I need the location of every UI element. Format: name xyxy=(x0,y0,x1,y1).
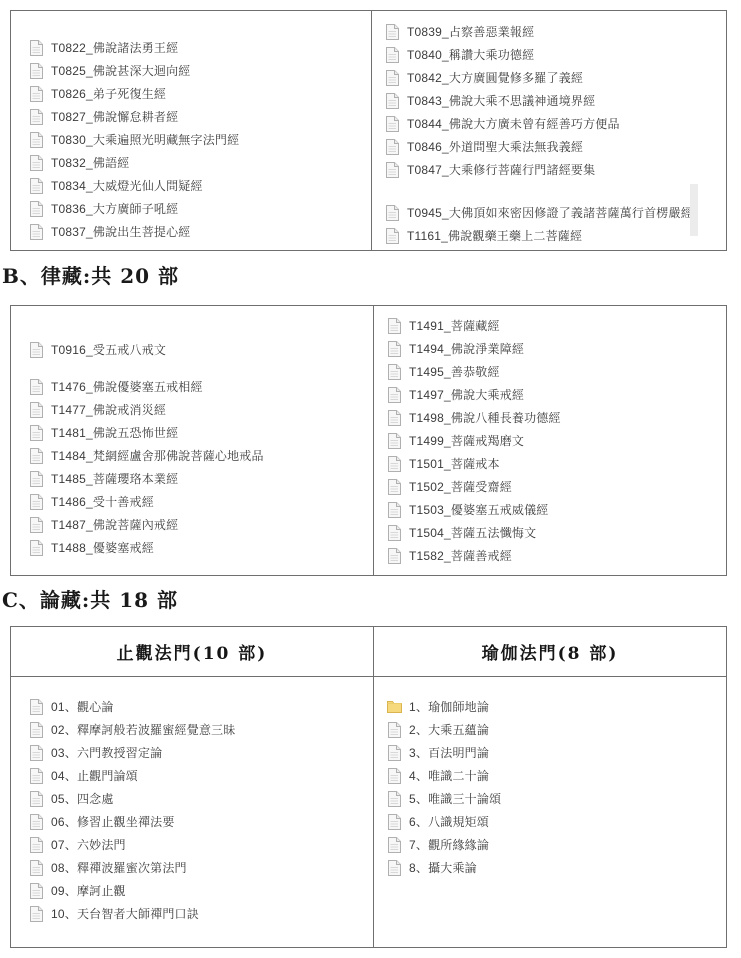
file-icon xyxy=(387,433,402,449)
list-item[interactable]: T1484_梵網經盧舍那佛說菩薩心地戒品 xyxy=(11,444,373,467)
list-item[interactable]: T1502_菩薩受齋經 xyxy=(374,475,726,498)
item-label: 8、攝大乘論 xyxy=(409,859,477,876)
file-icon xyxy=(29,860,44,876)
list-item[interactable]: 8、攝大乘論 xyxy=(374,856,726,879)
file-icon xyxy=(385,205,400,221)
scrollbar-thumb[interactable] xyxy=(690,184,698,236)
list-item[interactable]: 04、止觀門論頌 xyxy=(11,764,373,787)
list-item[interactable]: 4、唯識二十論 xyxy=(374,764,726,787)
item-label: T1501_菩薩戒本 xyxy=(409,455,500,472)
file-icon xyxy=(29,699,44,715)
list-item[interactable]: 06、修習止觀坐禪法要 xyxy=(11,810,373,833)
item-label: 07、六妙法門 xyxy=(51,836,126,853)
item-label: T0834_大威燈光仙人問疑經 xyxy=(51,177,203,194)
file-icon xyxy=(29,402,44,418)
item-label: T1486_受十善戒經 xyxy=(51,493,154,510)
item-label: T0842_大方廣圓覺修多羅了義經 xyxy=(407,69,583,86)
file-icon xyxy=(29,109,44,125)
item-label: T0840_稱讚大乘功德經 xyxy=(407,46,534,63)
list-item[interactable]: T1504_菩薩五法懺悔文 xyxy=(374,521,726,544)
item-label: T0846_外道問聖大乘法無我義經 xyxy=(407,138,583,155)
list-item[interactable]: T1582_菩薩善戒經 xyxy=(374,544,726,567)
item-label: T1494_佛說淨業障經 xyxy=(409,340,524,357)
item-label: 02、釋摩訶般若波羅蜜經覺意三昧 xyxy=(51,721,236,738)
item-label: T0832_佛語經 xyxy=(51,154,130,171)
item-label: 05、四念處 xyxy=(51,790,114,807)
list-item[interactable]: T0825_佛說甚深大迴向經 xyxy=(11,59,371,82)
file-icon xyxy=(387,525,402,541)
item-label: T0847_大乘修行菩薩行門諸經要集 xyxy=(407,161,595,178)
file-icon xyxy=(29,837,44,853)
item-label: T1491_菩薩藏經 xyxy=(409,317,500,334)
section-b-heading: B、律藏:共 20 部 xyxy=(2,260,179,289)
item-label: T0822_佛說諸法勇王經 xyxy=(51,39,178,56)
file-icon xyxy=(29,722,44,738)
item-label: 06、修習止觀坐禪法要 xyxy=(51,813,175,830)
item-label: T1487_佛說菩薩內戒經 xyxy=(51,516,178,533)
file-icon xyxy=(387,502,402,518)
file-icon xyxy=(385,139,400,155)
file-icon xyxy=(29,768,44,784)
item-label: 5、唯識三十論頌 xyxy=(409,790,501,807)
list-item[interactable]: T0830_大乘遍照光明藏無字法門經 xyxy=(11,128,371,151)
file-icon xyxy=(29,494,44,510)
file-icon xyxy=(387,745,402,761)
table3-right-column: 1、瑜伽師地論2、大乘五蘊論3、百法明門論4、唯識二十論5、唯識三十論頌6、八識… xyxy=(373,677,726,948)
item-label: 7、觀所緣緣論 xyxy=(409,836,489,853)
list-item[interactable]: T0843_佛說大乘不思議神通境界經 xyxy=(372,89,726,112)
file-icon xyxy=(29,132,44,148)
file-icon xyxy=(385,70,400,86)
item-label: T0945_大佛頂如來密因修證了義諸菩薩萬行首楞嚴經 xyxy=(407,204,693,221)
item-label: 3、百法明門論 xyxy=(409,744,489,761)
list-item[interactable]: T1476_佛說優婆塞五戒相經 xyxy=(11,375,373,398)
item-label: T1498_佛說八種長養功德經 xyxy=(409,409,561,426)
list-item[interactable]: 08、釋禪波羅蜜次第法門 xyxy=(11,856,373,879)
list-item[interactable]: T1494_佛說淨業障經 xyxy=(374,337,726,360)
file-icon xyxy=(29,448,44,464)
file-icon xyxy=(387,860,402,876)
item-label: T1497_佛說大乘戒經 xyxy=(409,386,524,403)
file-icon xyxy=(29,379,44,395)
file-icon xyxy=(385,228,400,244)
table-treatise-list: 止觀法門(10 部) 瑜伽法門(8 部) 01、觀心論02、釋摩訶般若波羅蜜經覺… xyxy=(10,626,727,948)
list-item[interactable]: T0837_佛說出生菩提心經 xyxy=(11,220,371,243)
item-label: 4、唯識二十論 xyxy=(409,767,489,784)
item-label: T0836_大方廣師子吼經 xyxy=(51,200,178,217)
list-item[interactable]: T1161_佛說觀藥王藥上二菩薩經 xyxy=(372,224,726,247)
file-icon xyxy=(387,814,402,830)
item-label: 10、天台智者大師禪門口訣 xyxy=(51,905,199,922)
file-icon xyxy=(387,364,402,380)
file-icon xyxy=(29,201,44,217)
list-item[interactable]: 05、四念處 xyxy=(11,787,373,810)
list-item[interactable]: 6、八識規矩頌 xyxy=(374,810,726,833)
file-icon xyxy=(385,162,400,178)
list-item[interactable]: T0827_佛說懈怠耕者經 xyxy=(11,105,371,128)
file-icon xyxy=(387,722,402,738)
file-icon xyxy=(29,155,44,171)
item-label: T1476_佛說優婆塞五戒相經 xyxy=(51,378,203,395)
list-item[interactable]: T0945_大佛頂如來密因修證了義諸菩薩萬行首楞嚴經 xyxy=(372,201,726,224)
list-item[interactable]: T0832_佛語經 xyxy=(11,151,371,174)
list-item[interactable]: 09、摩訶止觀 xyxy=(11,879,373,902)
table-vinaya-list: T0916_受五戒八戒文T1476_佛說優婆塞五戒相經T1477_佛說戒消災經T… xyxy=(10,305,727,576)
file-icon xyxy=(385,93,400,109)
list-item[interactable]: T0842_大方廣圓覺修多羅了義經 xyxy=(372,66,726,89)
list-item[interactable]: 07、六妙法門 xyxy=(11,833,373,856)
file-icon xyxy=(29,224,44,240)
item-label: T1485_菩薩瓔珞本業經 xyxy=(51,470,178,487)
table1-left-column: T0822_佛說諸法勇王經T0825_佛說甚深大迴向經T0826_弟子死復生經T… xyxy=(11,11,371,250)
list-item[interactable]: T1488_優婆塞戒經 xyxy=(11,536,373,559)
list-item[interactable]: 1、瑜伽師地論 xyxy=(374,695,726,718)
file-icon xyxy=(385,116,400,132)
item-label: 08、釋禪波羅蜜次第法門 xyxy=(51,859,187,876)
list-item[interactable]: T1503_優婆塞五戒威儀經 xyxy=(374,498,726,521)
file-icon xyxy=(387,318,402,334)
list-item[interactable]: 10、天台智者大師禪門口訣 xyxy=(11,902,373,925)
list-item[interactable]: 7、觀所緣緣論 xyxy=(374,833,726,856)
file-icon xyxy=(29,471,44,487)
item-label: T1495_善恭敬經 xyxy=(409,363,500,380)
table3-header-row: 止觀法門(10 部) 瑜伽法門(8 部) xyxy=(11,627,726,677)
item-label: 04、止觀門論頌 xyxy=(51,767,138,784)
file-icon xyxy=(29,178,44,194)
table-sutra-list: T0822_佛說諸法勇王經T0825_佛說甚深大迴向經T0826_弟子死復生經T… xyxy=(10,10,727,251)
file-icon xyxy=(385,47,400,63)
item-label: T0830_大乘遍照光明藏無字法門經 xyxy=(51,131,239,148)
item-label: 03、六門教授習定論 xyxy=(51,744,162,761)
file-icon xyxy=(29,745,44,761)
list-item[interactable]: T1491_菩薩藏經 xyxy=(374,314,726,337)
item-label: T0844_佛說大方廣未曾有經善巧方便品 xyxy=(407,115,620,132)
item-label: T0826_弟子死復生經 xyxy=(51,85,166,102)
file-icon xyxy=(385,24,400,40)
list-item[interactable]: T1485_菩薩瓔珞本業經 xyxy=(11,467,373,490)
list-item[interactable]: T0846_外道問聖大乘法無我義經 xyxy=(372,135,726,158)
file-icon xyxy=(29,540,44,556)
item-label: T0837_佛說出生菩提心經 xyxy=(51,223,191,240)
table2-right-column: T1491_菩薩藏經T1494_佛說淨業障經T1495_善恭敬經T1497_佛說… xyxy=(373,306,726,575)
list-item[interactable]: T1477_佛說戒消災經 xyxy=(11,398,373,421)
item-label: T1488_優婆塞戒經 xyxy=(51,539,154,556)
page: { "headings": { "section_b": "B、律藏:共 20 … xyxy=(0,0,741,958)
item-label: T1484_梵網經盧舍那佛說菩薩心地戒品 xyxy=(51,447,264,464)
list-item[interactable]: T1486_受十善戒經 xyxy=(11,490,373,513)
list-item[interactable]: 03、六門教授習定論 xyxy=(11,741,373,764)
section-c-heading: C、論藏:共 18 部 xyxy=(2,584,178,613)
file-icon xyxy=(387,837,402,853)
list-item[interactable]: T1499_菩薩戒羯磨文 xyxy=(374,429,726,452)
list-item[interactable]: 5、唯識三十論頌 xyxy=(374,787,726,810)
item-label: T1504_菩薩五法懺悔文 xyxy=(409,524,536,541)
item-label: T0843_佛說大乘不思議神通境界經 xyxy=(407,92,595,109)
file-icon xyxy=(29,342,44,358)
item-label: T1481_佛說五恐怖世經 xyxy=(51,424,178,441)
file-icon xyxy=(387,341,402,357)
list-item[interactable]: 2、大乘五蘊論 xyxy=(374,718,726,741)
file-icon xyxy=(29,40,44,56)
folder-icon xyxy=(387,700,402,713)
file-icon xyxy=(29,517,44,533)
item-label: T0839_占察善惡業報經 xyxy=(407,23,534,40)
file-icon xyxy=(29,791,44,807)
list-item[interactable]: T0836_大方廣師子吼經 xyxy=(11,197,371,220)
list-item[interactable]: 01、觀心論 xyxy=(11,695,373,718)
file-icon xyxy=(387,387,402,403)
list-item[interactable]: T0844_佛說大方廣未曾有經善巧方便品 xyxy=(372,112,726,135)
list-item[interactable]: T1487_佛說菩薩內戒經 xyxy=(11,513,373,536)
file-icon xyxy=(387,479,402,495)
file-icon xyxy=(387,410,402,426)
list-item[interactable]: T0840_稱讚大乘功德經 xyxy=(372,43,726,66)
table3-header-yuqie: 瑜伽法門(8 部) xyxy=(373,627,726,676)
file-icon xyxy=(29,814,44,830)
table2-left-column: T0916_受五戒八戒文T1476_佛說優婆塞五戒相經T1477_佛說戒消災經T… xyxy=(11,306,373,575)
item-label: T1161_佛說觀藥王藥上二菩薩經 xyxy=(407,227,582,244)
list-item[interactable]: T1495_善恭敬經 xyxy=(374,360,726,383)
list-item[interactable]: T0847_大乘修行菩薩行門諸經要集 xyxy=(372,158,726,181)
list-item[interactable]: T1498_佛說八種長養功德經 xyxy=(374,406,726,429)
item-label: T1499_菩薩戒羯磨文 xyxy=(409,432,524,449)
list-item[interactable]: T0839_占察善惡業報經 xyxy=(372,20,726,43)
table3-header-zhiguan: 止觀法門(10 部) xyxy=(11,627,373,676)
file-icon xyxy=(387,456,402,472)
list-item[interactable]: T1497_佛說大乘戒經 xyxy=(374,383,726,406)
file-icon xyxy=(29,883,44,899)
file-icon xyxy=(387,791,402,807)
table1-right-column: T0839_占察善惡業報經T0840_稱讚大乘功德經T0842_大方廣圓覺修多羅… xyxy=(371,11,726,250)
list-item[interactable]: T1501_菩薩戒本 xyxy=(374,452,726,475)
item-label: T0916_受五戒八戒文 xyxy=(51,341,166,358)
file-icon xyxy=(29,906,44,922)
item-label: 2、大乘五蘊論 xyxy=(409,721,489,738)
item-label: 6、八識規矩頌 xyxy=(409,813,489,830)
file-icon xyxy=(29,63,44,79)
list-item[interactable]: 02、釋摩訶般若波羅蜜經覺意三昧 xyxy=(11,718,373,741)
file-icon xyxy=(387,768,402,784)
item-label: T1503_優婆塞五戒威儀經 xyxy=(409,501,549,518)
list-item[interactable]: 3、百法明門論 xyxy=(374,741,726,764)
item-label: T1502_菩薩受齋經 xyxy=(409,478,512,495)
file-icon xyxy=(387,548,402,564)
file-icon xyxy=(29,425,44,441)
table3-left-column: 01、觀心論02、釋摩訶般若波羅蜜經覺意三昧03、六門教授習定論04、止觀門論頌… xyxy=(11,677,373,948)
item-label: T0827_佛說懈怠耕者經 xyxy=(51,108,178,125)
item-label: T0825_佛說甚深大迴向經 xyxy=(51,62,191,79)
item-label: T1477_佛說戒消災經 xyxy=(51,401,166,418)
item-label: 1、瑜伽師地論 xyxy=(409,698,489,715)
list-item[interactable]: T0826_弟子死復生經 xyxy=(11,82,371,105)
list-item[interactable]: T1481_佛說五恐怖世經 xyxy=(11,421,373,444)
item-label: T1582_菩薩善戒經 xyxy=(409,547,512,564)
list-item[interactable]: T0834_大威燈光仙人問疑經 xyxy=(11,174,371,197)
item-label: 09、摩訶止觀 xyxy=(51,882,126,899)
item-label: 01、觀心論 xyxy=(51,698,114,715)
list-item[interactable]: T0916_受五戒八戒文 xyxy=(11,338,373,361)
list-item[interactable]: T0822_佛說諸法勇王經 xyxy=(11,36,371,59)
file-icon xyxy=(29,86,44,102)
